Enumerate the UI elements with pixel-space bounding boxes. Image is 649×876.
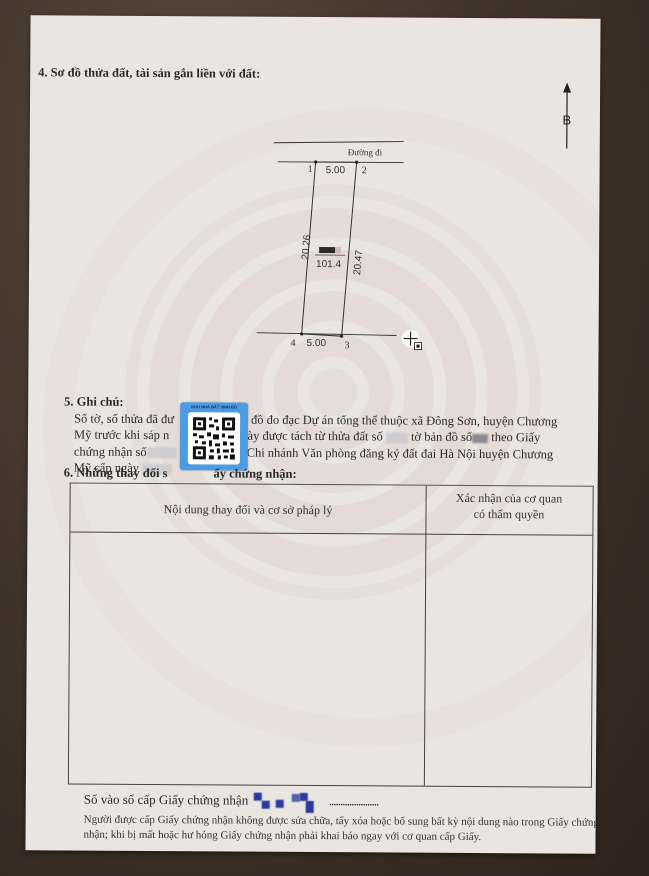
changes-table: Nội dung thay đổi và cơ sở pháp lý Xác n… xyxy=(68,483,594,788)
header-divider xyxy=(70,532,592,536)
svg-text:5.00: 5.00 xyxy=(326,165,346,176)
qr-code-icon xyxy=(188,412,240,464)
svg-text:Đường đi: Đường đi xyxy=(348,147,383,157)
north-arrow-icon: B xyxy=(557,80,577,150)
svg-text:101.4: 101.4 xyxy=(316,259,342,270)
svg-text:1: 1 xyxy=(308,164,313,175)
column-divider xyxy=(424,486,427,786)
section4-heading: 4. Sơ đồ thửa đất, tài sản gắn liền với … xyxy=(38,65,260,81)
column-header-confirmation: Xác nhận của cơ quan có thẩm quyền xyxy=(425,490,592,523)
column-header-changes: Nội dung thay đổi và cơ sở pháp lý xyxy=(70,502,425,519)
svg-text:5.00: 5.00 xyxy=(307,338,327,349)
land-plot-diagram: Đường đi 1 2 3 4 5.00 5.00 20.26 20.47 1… xyxy=(256,135,478,386)
qr-caption: KHO NHÀ ĐẤT VỊNH ĐỒ xyxy=(180,404,248,409)
redacted-register-number xyxy=(251,792,319,812)
register-label: Số vào sổ cấp Giấy chứng nhận xyxy=(84,792,249,808)
redacted-certificate-number xyxy=(147,447,177,458)
svg-text:2: 2 xyxy=(362,165,367,176)
qr-code-sticker[interactable]: KHO NHÀ ĐẤT VỊNH ĐỒ xyxy=(180,402,248,470)
register-dots: ...................... xyxy=(329,793,379,808)
section6-heading: 6. Những thay đổi sấy chứng nhận: xyxy=(64,465,297,481)
svg-text:20.26: 20.26 xyxy=(300,234,313,260)
svg-text:B: B xyxy=(563,113,572,128)
svg-text:3: 3 xyxy=(345,340,350,351)
crosshair-cursor-icon xyxy=(402,330,422,350)
register-number-line: Số vào sổ cấp Giấy chứng nhận ..........… xyxy=(84,791,379,813)
redacted-parcel-number xyxy=(386,432,408,443)
svg-text:20.47: 20.47 xyxy=(352,249,365,275)
svg-text:4: 4 xyxy=(291,338,296,349)
footer-notice: Người được cấp Giấy chứng nhận không đượ… xyxy=(84,813,601,846)
certificate-page: 4. Sơ đồ thửa đất, tài sản gắn liền với … xyxy=(25,15,600,853)
redacted-map-number xyxy=(472,434,488,443)
